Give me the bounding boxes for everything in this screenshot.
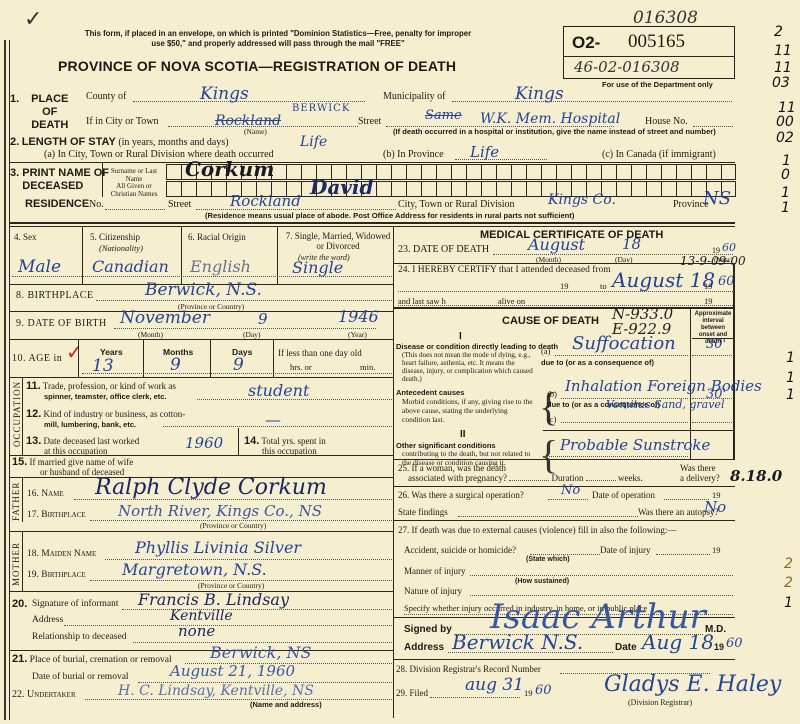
street-value: W.K. Mem. Hospital xyxy=(480,111,620,127)
q29-year: 60 xyxy=(535,683,552,698)
print-name-label: 3. PRINT NAME OF DECEASED xyxy=(10,167,110,193)
cause-c-line xyxy=(561,422,688,423)
label-line: a delivery? xyxy=(680,473,720,483)
divider xyxy=(238,428,239,455)
label-line: 25. If a woman, was the death xyxy=(398,463,643,473)
occupation-side-label: OCCUPATION xyxy=(12,381,22,447)
dob-year: 1946 xyxy=(338,307,379,326)
hospital-note: (If death occurred in a hospital or inst… xyxy=(393,127,716,136)
margin-code: 2 xyxy=(774,24,783,40)
divider xyxy=(10,377,393,378)
direct-cause-label: Disease or condition directly leading to… xyxy=(396,342,558,351)
citizenship-label: 5. Citizenship xyxy=(90,232,140,242)
q26-label: 26. Was there a surgical operation? xyxy=(398,490,524,500)
age-min-label: min. xyxy=(360,362,375,372)
stay-province-label: (b) In Province xyxy=(383,149,444,160)
name-caption: (Name) xyxy=(244,127,267,136)
margin-code: 1 xyxy=(781,200,790,216)
nature-label: Nature of injury xyxy=(404,586,462,596)
mother-side-label: MOTHER xyxy=(11,542,21,586)
section-ii: II xyxy=(460,429,466,440)
age-less-label: If less than one day old xyxy=(278,348,362,358)
dept-prefix: O2- xyxy=(572,33,600,53)
length-of-stay-row: 2. LENGTH OF STAY (in years, months and … xyxy=(10,136,229,148)
item-sub: (in years, months and days) xyxy=(118,137,228,148)
racial-origin-label: 6. Racial Origin xyxy=(188,232,246,242)
q29-label: 29. Filed xyxy=(396,688,428,698)
q25-code: 8.18.0 xyxy=(730,467,782,485)
label-line: Total yrs. spent in xyxy=(261,436,325,446)
father-birthplace-value: North River, Kings Co., NS xyxy=(118,502,322,520)
injury-date-label: Date of injury xyxy=(600,545,650,555)
age-hrs-label: hrs. or xyxy=(290,362,312,372)
stay-province-value: Life xyxy=(470,143,499,161)
house-no-label: House No. xyxy=(645,116,688,127)
q28-label: 28. Division Registrar's Record Number xyxy=(396,664,541,674)
dept-caption: For use of the Department only xyxy=(602,80,713,89)
burial-place-label: 21. Place of burial, cremation or remova… xyxy=(12,653,172,665)
surname-value: Corkum xyxy=(185,157,274,181)
street-value-struck: Same xyxy=(425,108,462,123)
q29-19: 19 xyxy=(524,688,533,698)
nature-line xyxy=(470,595,733,596)
divider xyxy=(393,659,735,660)
relationship-value: none xyxy=(178,622,215,640)
findings-label: State findings xyxy=(398,507,448,517)
father-side-label: FATHER xyxy=(11,482,21,521)
undertaker-caption: (Name and address) xyxy=(250,700,322,709)
antecedent-label: Antecedent causes xyxy=(396,388,464,397)
sex-label: 4. Sex xyxy=(14,232,37,242)
q13-value: 1960 xyxy=(185,434,223,452)
certify-19-b: 19 xyxy=(704,281,713,291)
divider xyxy=(22,377,23,455)
last-saw-line xyxy=(398,305,733,306)
item-number: 1. xyxy=(10,93,19,105)
dept-handwritten-number: 46-02-016308 xyxy=(574,58,680,76)
county-value: Kings xyxy=(200,84,249,104)
margin-code: 03 xyxy=(772,75,790,91)
mother-birthplace-value: Margretown, N.S. xyxy=(122,560,267,579)
q27-label: 27. If death was due to external causes … xyxy=(398,525,676,535)
section-i: I xyxy=(459,331,462,342)
notice-line-1: This form, if placed in an envelope, on … xyxy=(68,29,488,39)
cause-a-label: (a) xyxy=(541,346,550,356)
label-line: associated with pregnancy? xyxy=(408,473,507,483)
dept-number: 005165 xyxy=(628,31,685,53)
signed-date-year: 60 xyxy=(726,636,743,651)
divider xyxy=(10,650,393,651)
residence-no-label: No. xyxy=(89,199,104,210)
date-of-death-month: August xyxy=(528,235,585,254)
undertaker-line xyxy=(85,699,392,700)
residence-label: RESIDENCE xyxy=(25,198,89,210)
residence-province-value: NS xyxy=(703,188,731,209)
row-line xyxy=(12,276,392,277)
margin-code: 2 xyxy=(784,556,793,572)
dob-day: 9 xyxy=(258,310,268,328)
label-line: Was there xyxy=(680,463,720,473)
label-line: If married give name of wife xyxy=(30,457,134,467)
cause-a-interval: 30' xyxy=(706,337,726,352)
divider xyxy=(22,477,23,522)
cause-a-line xyxy=(555,355,688,356)
marital-value: Single xyxy=(292,258,343,277)
burial-date-label: Date of burial or removal xyxy=(32,672,129,682)
divider xyxy=(78,339,79,377)
certify-19-a: 19 xyxy=(560,281,569,291)
item-number: 11. xyxy=(26,380,41,392)
date-of-death-label: 23. DATE OF DEATH xyxy=(398,244,489,255)
day-caption: (Day) xyxy=(243,330,261,339)
autopsy-value: No xyxy=(704,498,726,516)
municipality-value: Kings xyxy=(515,84,564,104)
given-names-value: David xyxy=(310,175,374,199)
father-name-value: Ralph Clyde Corkum xyxy=(95,475,327,500)
how-sustained-caption: (How sustained) xyxy=(515,578,569,585)
q13-label: 13. Date deceased last worked at this oc… xyxy=(26,436,139,456)
street-label: Street xyxy=(358,116,381,127)
residence-note: (Residence means usual place of abode. P… xyxy=(205,211,574,220)
antecedent-note: Morbid conditions, if any, giving rise t… xyxy=(402,397,537,424)
item-number: 12. xyxy=(26,408,41,420)
dob-label: 9. DATE OF BIRTH xyxy=(16,318,107,329)
signed-date-19: 19 xyxy=(714,642,724,652)
column-divider xyxy=(393,226,394,718)
margin-code: 1 xyxy=(781,185,790,201)
father-name-label: 16. Name xyxy=(27,489,64,499)
registrar-signature: Gladys E. Haley xyxy=(604,672,781,697)
residence-no-line xyxy=(105,209,165,210)
residence-city-label: City, Town or Rural Division xyxy=(398,199,515,210)
mail-notice: This form, if placed in an envelope, on … xyxy=(68,29,488,49)
dob-line xyxy=(114,328,376,329)
injury-19: 19 xyxy=(712,545,721,555)
date-of-death-day: 18 xyxy=(622,235,641,253)
certify-to-value: August 18 xyxy=(612,268,715,292)
cause-a-value: Suffocation xyxy=(572,333,676,354)
due-to-label-1: due to (or as a consequence of) xyxy=(541,358,654,367)
item-number: 3. xyxy=(10,167,19,179)
q12-label: 12. Kind of industry or business, as cot… xyxy=(26,409,185,430)
sex-value: Male xyxy=(18,257,61,277)
item-number: 2. xyxy=(10,136,19,148)
interval-c-line xyxy=(692,422,732,423)
q29-value: aug 31 xyxy=(465,675,524,695)
year-caption: (Year) xyxy=(348,330,367,339)
signed-date-value: Aug 18 xyxy=(642,630,714,654)
q12-value: — xyxy=(265,410,281,429)
cert-right-border xyxy=(733,263,735,459)
divider xyxy=(10,531,393,532)
informant-sig-label: Signature of informant xyxy=(32,599,119,609)
accident-line xyxy=(530,554,600,555)
divider xyxy=(10,226,735,227)
check-mark-icon: ✓ xyxy=(24,6,42,32)
divider xyxy=(210,339,211,377)
item-title: LENGTH OF STAY xyxy=(22,136,116,148)
registrar-caption: (Division Registrar) xyxy=(628,698,692,707)
age-days-value: 9 xyxy=(233,355,244,375)
divider xyxy=(10,162,735,163)
department-box: O2- 005165 46-02-016308 xyxy=(563,26,735,79)
margin-code: 1 xyxy=(784,595,793,611)
label-line: spinner, teamster, office clerk, etc. xyxy=(26,392,167,401)
q25-label: 25. If a woman, was the death associated… xyxy=(398,463,643,483)
label-line: Date deceased last worked xyxy=(44,436,140,446)
birthplace-label: 8. BIRTHPLACE xyxy=(16,290,94,301)
informant-address-label: Address xyxy=(32,615,63,625)
cause-of-death-title: CAUSE OF DEATH xyxy=(502,315,599,327)
father-birthplace-caption: (Province or Country) xyxy=(200,521,266,530)
delivery-label: Was there a delivery? xyxy=(680,463,720,483)
q26-value: No xyxy=(561,483,580,498)
father-birthplace-label: 17. Birthplace xyxy=(27,510,86,520)
operation-date-label: Date of operation xyxy=(592,490,655,500)
relationship-label: Relationship to deceased xyxy=(32,632,126,642)
given-names-label: All Given or Christian Names xyxy=(104,182,164,198)
divider xyxy=(10,222,735,224)
form-title: PROVINCE OF NOVA SCOTIA—REGISTRATION OF … xyxy=(58,58,456,74)
cause-b-value: Inhalation Foreign Bodies xyxy=(565,377,762,395)
informant-sig-value: Francis B. Lindsay xyxy=(138,590,289,609)
label-line: Kind of industry or business, as cotton- xyxy=(44,409,186,419)
divider xyxy=(143,339,144,377)
undertaker-label: 22. Undertaker xyxy=(12,689,76,700)
undertaker-value: H. C. Lindsay, Kentville, NS xyxy=(118,683,314,699)
label-line: mill, lumbering, bank, etc. xyxy=(26,420,136,429)
birthplace-line xyxy=(96,300,392,301)
mother-birthplace-caption: (Province or Country) xyxy=(198,581,264,590)
left-margin-rule xyxy=(4,40,6,720)
certify-to-label: to xyxy=(600,281,607,291)
weeks-label: weeks. xyxy=(618,473,643,483)
state-which-caption: (State which) xyxy=(526,556,570,563)
manner-label: Manner of injury xyxy=(404,566,465,576)
month-caption: (Month) xyxy=(138,330,163,339)
q14-label: 14. Total yrs. spent in this occupation xyxy=(244,436,326,456)
age-label: 10. AGE in xyxy=(12,353,62,364)
dept-annotation: 016308 xyxy=(633,8,698,28)
mother-maiden-value: Phyllis Livinia Silver xyxy=(135,538,301,557)
q26-line xyxy=(548,499,588,500)
signer-address-label: Address xyxy=(404,642,444,653)
margin-code: 00 xyxy=(776,114,794,130)
signer-address-value: Berwick N.S. xyxy=(452,630,583,654)
residence-street-label: Street xyxy=(168,199,191,210)
margin-code: 1 xyxy=(786,370,795,386)
direct-cause-note: (This does not mean the mode of dying, e… xyxy=(402,351,537,383)
residence-street-value: Rockland xyxy=(230,192,301,210)
divider xyxy=(22,531,23,591)
certify-code: 13-9-09-00 xyxy=(680,254,746,268)
stay-canada-label: (c) In Canada (if immigrant) xyxy=(602,149,716,160)
divider xyxy=(273,339,274,377)
divider xyxy=(393,307,735,309)
item-title: PRINT NAME OF DECEASED xyxy=(22,167,110,193)
margin-code: 0 xyxy=(781,167,790,183)
birthplace-value: Berwick, N.S. xyxy=(145,280,262,300)
item-number: 21. xyxy=(12,653,27,665)
operation-date-line xyxy=(664,499,709,500)
surname-label: Surname or Last Name xyxy=(106,167,162,183)
q15-label: 15. If married give name of wife or husb… xyxy=(12,457,133,477)
place-of-death-label: 1. PLACE OF DEATH xyxy=(10,93,77,132)
residence-city-value: Kings Co. xyxy=(548,192,616,208)
margin-code: 11 xyxy=(774,43,792,59)
age-months-value: 9 xyxy=(170,355,181,375)
mother-birthplace-label: 19. Birthplace xyxy=(27,570,86,580)
cause-b-sub-value: Vomitus Sand, gravel xyxy=(606,398,724,411)
dob-month: November xyxy=(120,308,210,328)
mother-maiden-label: 18. Maiden Name xyxy=(27,549,96,559)
divider xyxy=(10,455,393,456)
cause-c-label: (c) xyxy=(547,414,556,424)
notice-line-2: use $50," and properly addressed will pa… xyxy=(68,39,488,49)
dept-divider xyxy=(564,56,734,57)
racial-origin-value: English xyxy=(190,257,251,276)
divider xyxy=(393,459,735,460)
stay-province-line xyxy=(455,159,547,160)
certify-label: 24. I HEREBY CERTIFY that I attended dec… xyxy=(398,265,611,275)
manner-line xyxy=(470,575,733,576)
signed-date-label: Date xyxy=(615,642,637,653)
county-line xyxy=(133,101,365,102)
red-check-icon: ✓ xyxy=(66,340,83,365)
municipality-label: Municipality of xyxy=(383,91,446,102)
margin-code: 11 xyxy=(774,60,792,76)
stay-city-value: Life xyxy=(300,134,327,150)
injury-date-line xyxy=(656,554,710,555)
marital-label: 7. Single, Married, Widowed or Divorced xyxy=(283,231,393,251)
duration-label: Duration xyxy=(551,473,583,483)
signed-by-label: Signed by xyxy=(404,624,452,635)
citizenship-sub: (Nationality) xyxy=(99,243,143,253)
informant-address-line xyxy=(64,625,392,626)
q29-line xyxy=(430,697,520,698)
margin-code: 1 xyxy=(786,387,795,403)
label-line: Trade, profession, or kind of work as xyxy=(43,381,176,391)
divider xyxy=(393,520,735,521)
divider xyxy=(102,163,103,197)
cause-b-label: (b) xyxy=(547,389,557,399)
label-text: Place of burial, cremation or removal xyxy=(30,655,172,665)
findings-line xyxy=(458,516,638,517)
accident-label: Accident, suicide or homicide? xyxy=(404,545,516,555)
age-line xyxy=(82,373,392,374)
city-value: BERWICK xyxy=(292,103,350,114)
margin-code: 02 xyxy=(776,130,794,146)
other-line xyxy=(543,456,688,457)
burial-place-value: Berwick, NS xyxy=(210,643,311,662)
city-label: If in City or Town xyxy=(86,116,158,127)
divider xyxy=(543,430,733,431)
date-of-death-year: 60 xyxy=(722,241,736,254)
municipality-line xyxy=(452,101,732,102)
q11-label: 11. Trade, profession, or kind of work a… xyxy=(26,381,176,402)
item-title: PLACE OF DEATH xyxy=(22,93,77,132)
q11-value: student xyxy=(248,381,309,400)
county-label: County of xyxy=(86,91,126,102)
margin-code: 1 xyxy=(786,350,795,366)
other-conditions-value: Probable Sunstroke xyxy=(560,436,710,454)
q20-number: 20. xyxy=(12,598,27,610)
citizenship-value: Canadian xyxy=(92,257,169,276)
interval-a-line xyxy=(692,355,732,356)
informant-sig-line xyxy=(122,609,392,610)
margin-code: 2 xyxy=(784,575,793,591)
burial-date-value: August 21, 1960 xyxy=(170,662,295,680)
